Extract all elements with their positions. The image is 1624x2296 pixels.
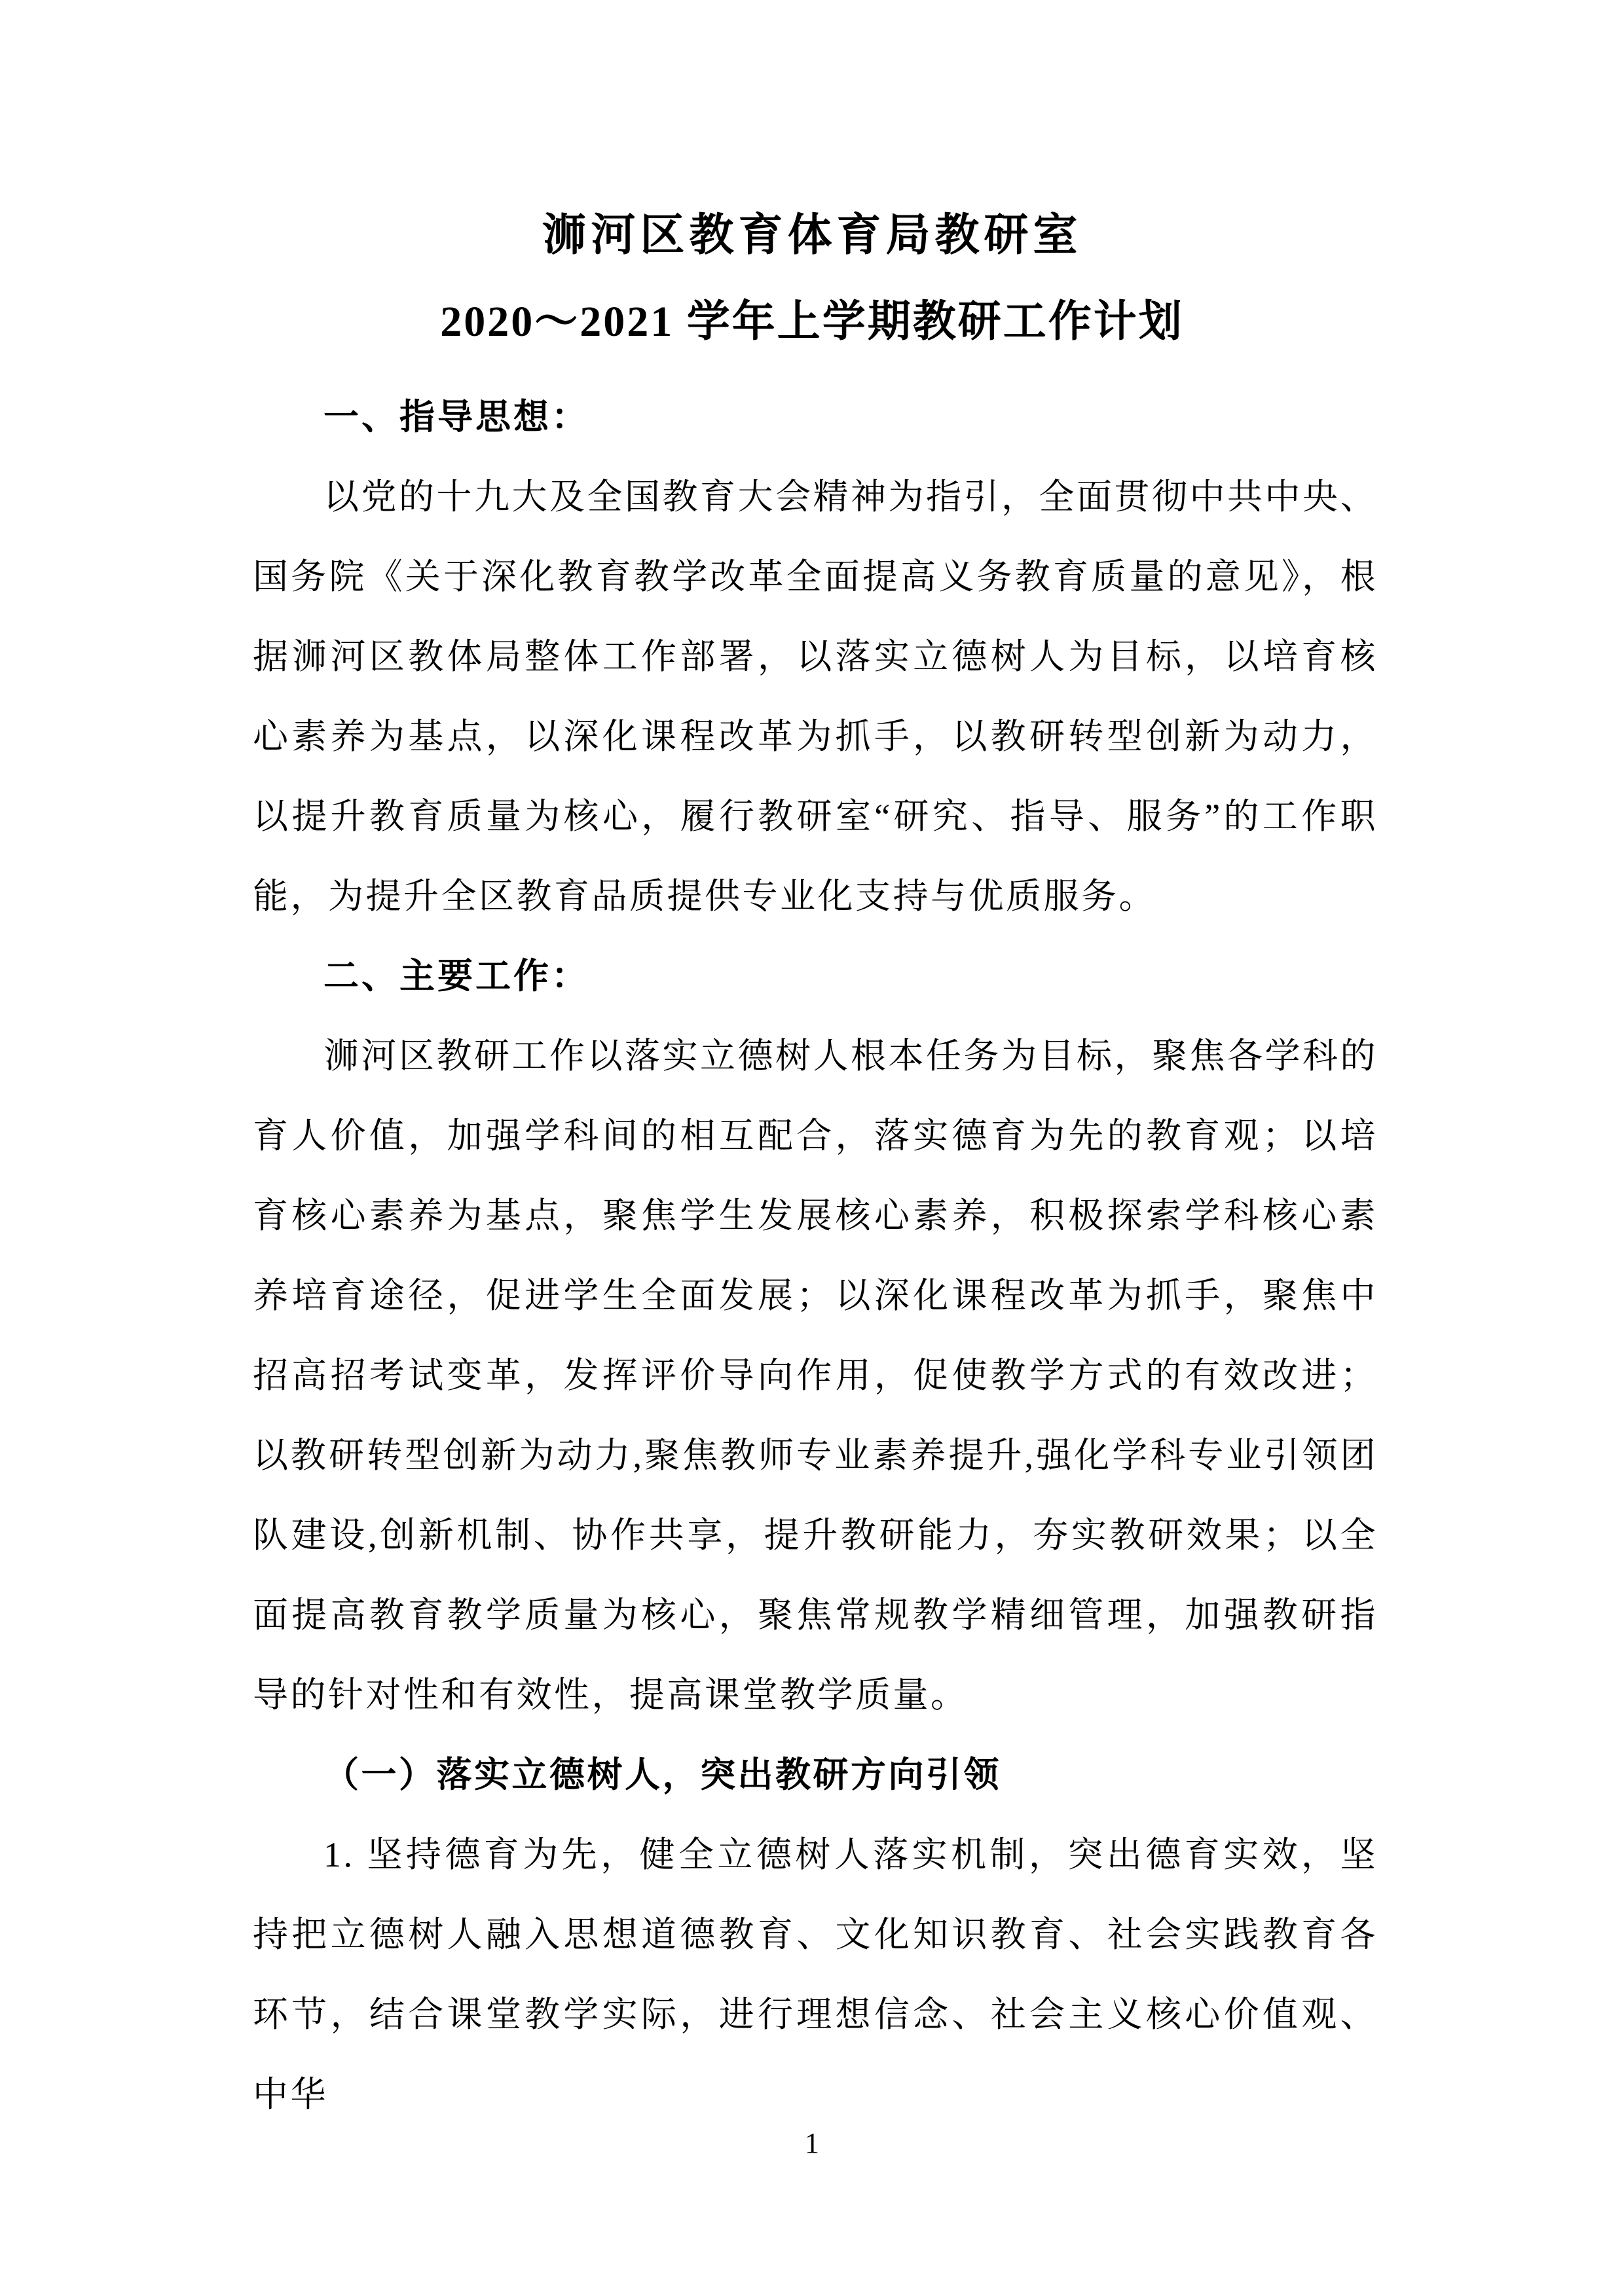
- subsection-2-1-heading: （一）落实立德树人，突出教研方向引领: [253, 1735, 1378, 1815]
- section-1-paragraph: 以党的十九大及全国教育大会精神为指引，全面贯彻中共中央、国务院《关于深化教育教学…: [253, 457, 1378, 936]
- section-2-heading: 二、主要工作：: [253, 936, 1378, 1016]
- document-page: 浉河区教育体育局教研室 2020～2021 学年上学期教研工作计划 一、指导思想…: [0, 0, 1624, 2296]
- subsection-2-1-item-1: 1. 坚持德育为先，健全立德树人落实机制，突出德育实效，坚持把立德树人融入思想道…: [253, 1815, 1378, 2134]
- document-title: 浉河区教育体育局教研室: [0, 208, 1624, 262]
- document-subtitle: 2020～2021 学年上学期教研工作计划: [0, 296, 1624, 348]
- page-number: 1: [0, 2126, 1624, 2160]
- section-2-paragraph: 浉河区教研工作以落实立德树人根本任务为目标，聚焦各学科的育人价值，加强学科间的相…: [253, 1016, 1378, 1735]
- document-body: 一、指导思想： 以党的十九大及全国教育大会精神为指引，全面贯彻中共中央、国务院《…: [253, 377, 1378, 2134]
- section-1-heading: 一、指导思想：: [253, 377, 1378, 457]
